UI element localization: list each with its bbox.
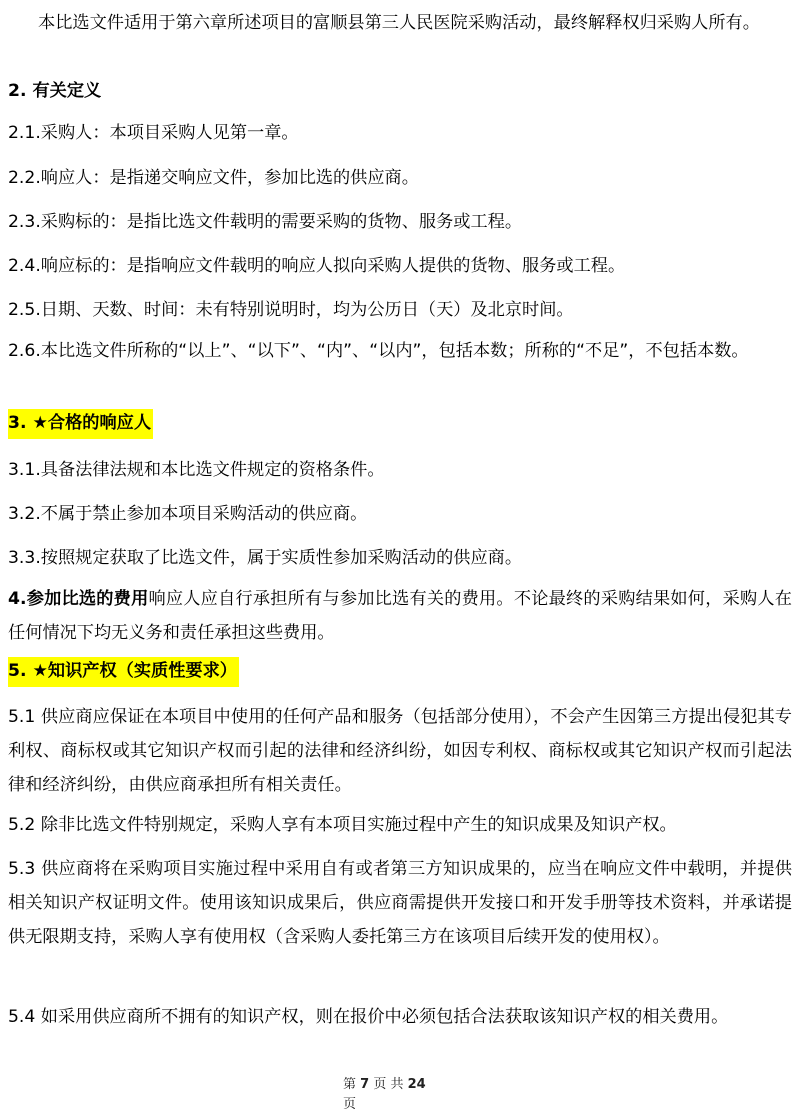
ip-item: 5.3 供应商将在采购项目实施过程中采用自有或者第三方知识成果的，应当在响应文件…: [8, 852, 792, 954]
section-3-heading: 3. ★合格的响应人: [8, 413, 153, 433]
footer-middle: 页 共: [373, 1077, 403, 1092]
definition-item: 2.4.响应标的：是指响应文件载明的响应人拟向采购人提供的货物、服务或工程。: [8, 256, 625, 276]
definition-item: 2.3.采购标的：是指比选文件载明的需要采购的货物、服务或工程。: [8, 212, 522, 232]
qualification-item: 3.1.具备法律法规和本比选文件规定的资格条件。: [8, 460, 385, 480]
section-4-heading: 4.参加比选的费用: [8, 589, 148, 609]
page-number-footer: 第 7 页 共 24 页: [343, 1075, 453, 1109]
intro-paragraph: 本比选文件适用于第六章所述项目的富顺县第三人民医院采购活动，最终解释权归采购人所…: [8, 6, 792, 40]
current-page-number: 7: [360, 1077, 369, 1092]
total-pages-number: 24: [408, 1077, 426, 1092]
ip-item: 5.2 除非比选文件特别规定，采购人享有本项目实施过程中产生的知识成果及知识产权…: [8, 808, 792, 842]
definition-item: 2.5.日期、天数、时间：未有特别说明时，均为公历日（天）及北京时间。: [8, 300, 574, 320]
ip-item: 5.4 如采用供应商所不拥有的知识产权，则在报价中必须包括合法获取该知识产权的相…: [8, 1000, 792, 1034]
section-5-heading: 5. ★知识产权（实质性要求）: [8, 661, 239, 681]
document-page: 本比选文件适用于第六章所述项目的富顺县第三人民医院采购活动，最终解释权归采购人所…: [0, 0, 800, 1109]
highlighted-heading: 5. ★知识产权（实质性要求）: [8, 657, 239, 687]
section-2-heading: 2. 有关定义: [8, 81, 101, 101]
section-4-paragraph: 4.参加比选的费用响应人应自行承担所有与参加比选有关的费用。不论最终的采购结果如…: [8, 582, 792, 650]
qualification-item: 3.2.不属于禁止参加本项目采购活动的供应商。: [8, 504, 367, 524]
ip-item: 5.1 供应商应保证在本项目中使用的任何产品和服务（包括部分使用），不会产生因第…: [8, 700, 792, 802]
footer-suffix: 页: [343, 1097, 356, 1109]
definition-item: 2.2.响应人：是指递交响应文件，参加比选的供应商。: [8, 168, 419, 188]
definition-item: 2.6.本比选文件所称的“以上”、“以下”、“内”、“以内”，包括本数；所称的“…: [8, 334, 792, 368]
footer-prefix: 第: [343, 1077, 356, 1092]
qualification-item: 3.3.按照规定获取了比选文件，属于实质性参加采购活动的供应商。: [8, 548, 522, 568]
definition-item: 2.1.采购人：本项目采购人见第一章。: [8, 123, 299, 143]
highlighted-heading: 3. ★合格的响应人: [8, 409, 153, 439]
